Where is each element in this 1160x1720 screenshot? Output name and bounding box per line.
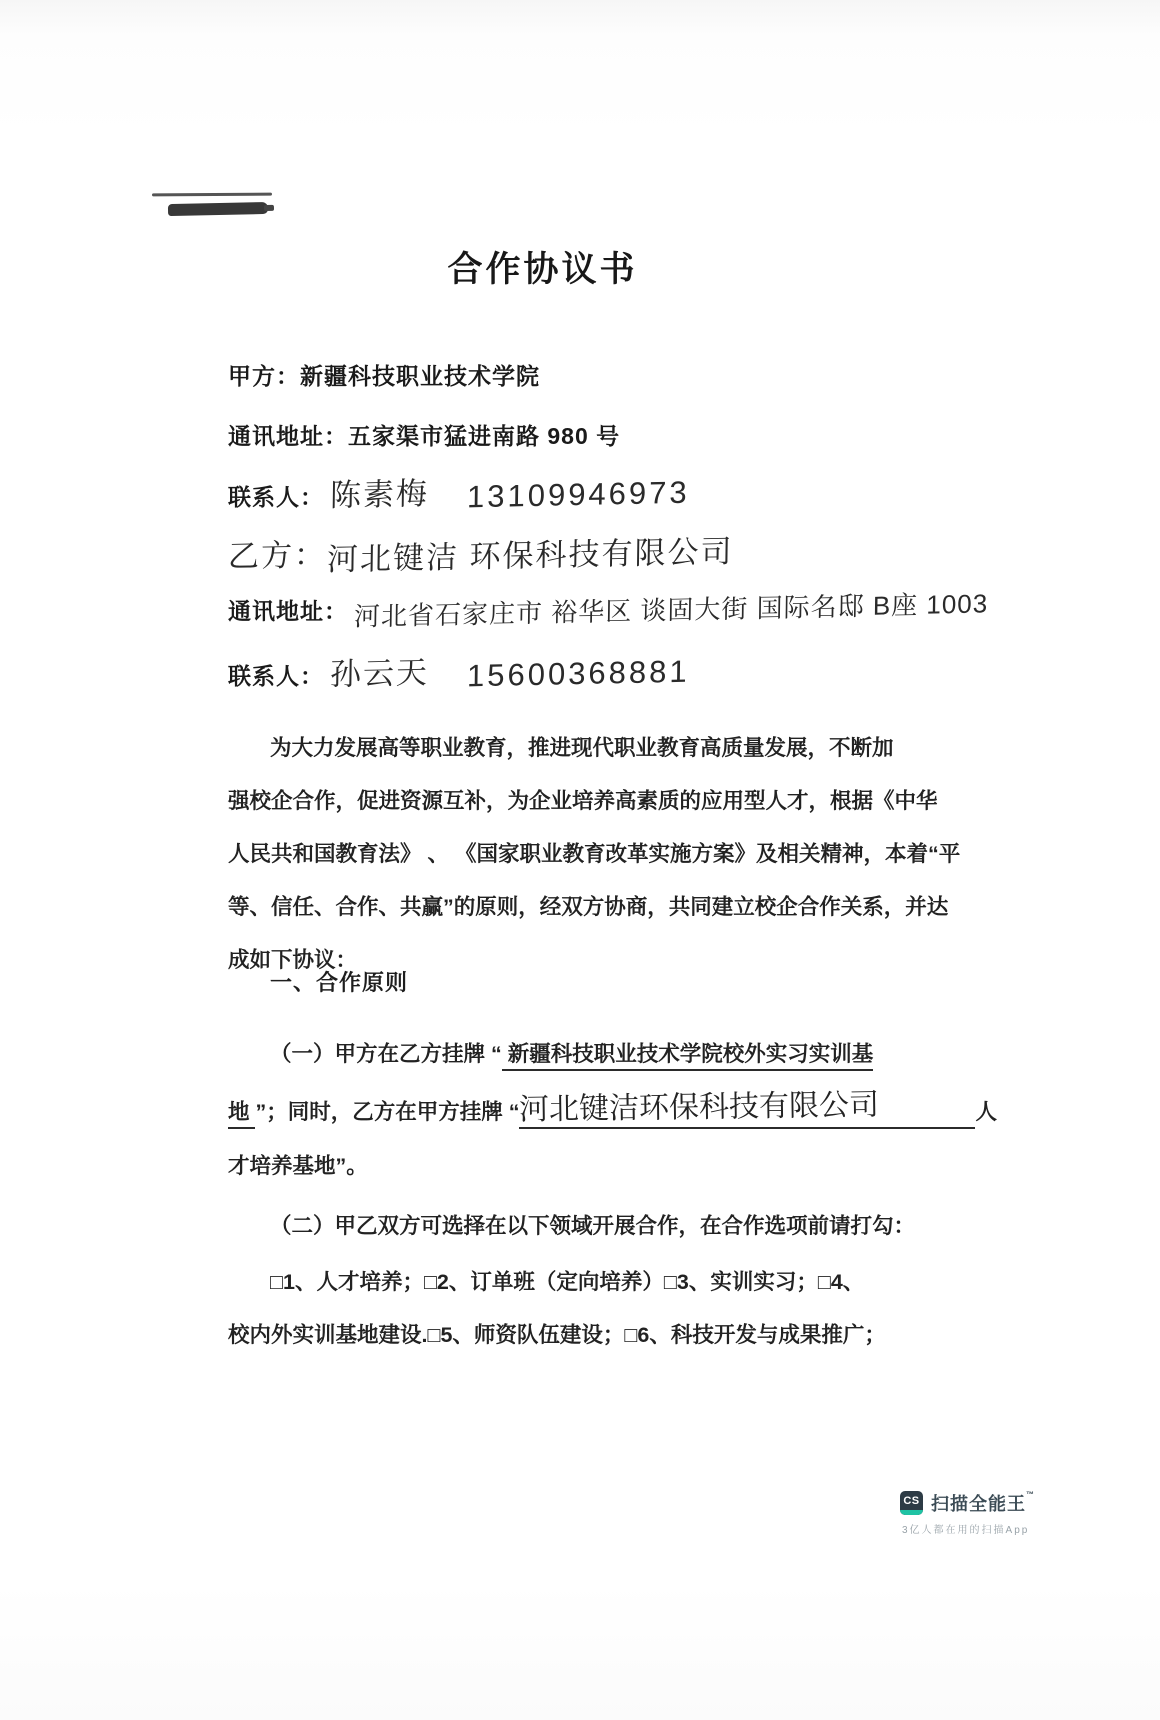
camscanner-logo-letters: CS [903,1495,919,1507]
clause-1-suffix: 人 [975,1100,997,1124]
contact-b-name-handwritten: 孙云天 [330,647,430,694]
clause-1-line-1: （一）甲方在乙方挂牌 “ 新疆科技职业技术学院校外实习实训基 [228,1026,940,1082]
party-b-value-handwritten: 河北键洁 环保科技有限公司 [327,526,734,580]
cooperation-options-block: □1、人才培养；□2、订单班（定向培养）□3、实训实习；□4、 校内外实训基地建… [228,1256,940,1362]
intro-line: 等、信任、合作、共赢”的原则，经双方协商，共同建立校企合作关系，并达 [228,881,940,934]
party-a-label: 甲方： [228,363,300,389]
scanned-document-page: 合作协议书 甲方：新疆科技职业技术学院 通讯地址：五家渠市猛进南路 980 号 … [0,0,1160,1720]
party-b-label-handwritten: 乙方： [228,529,328,576]
camscanner-watermark-row: CS 扫描全能王™ [900,1490,1080,1516]
watermark-app-name-text: 扫描全能王 [931,1494,1026,1514]
underlined-company-blank: 河北键洁环保科技有限公司 [519,1100,975,1129]
camscanner-watermark: CS 扫描全能王™ 3亿人都在用的扫描App [900,1490,1080,1536]
watermark-tagline: 3亿人都在用的扫描App [902,1521,1080,1536]
contact-a-phone-handwritten: 13109946973 [467,475,690,516]
intro-line: 人民共和国教育法》 、 《国家职业教育改革实施方案》及相关精神，本着“平 [228,828,940,881]
watermark-trademark: ™ [1026,1490,1035,1499]
contact-b-row: 联系人：孙云天15600368881 [228,648,988,693]
intro-paragraph: 为大力发展高等职业教育，推进现代职业教育高质量发展，不断加 强校企合作，促进资源… [228,722,940,987]
party-a-row: 甲方：新疆科技职业技术学院 [228,358,988,391]
clause-2-line: （二）甲乙双方可选择在以下领域开展合作，在合作选项前请打勾： [228,1198,940,1254]
section-heading-cooperation-principles: 一、合作原则 [228,966,408,997]
options-line-2: 校内外实训基地建设.□5、师资队伍建设；□6、科技开发与成果推广； [228,1309,940,1362]
clause-2-paragraph: （二）甲乙双方可选择在以下领域开展合作，在合作选项前请打勾： [228,1198,940,1254]
clause-1-mid: ”；同时，乙方在甲方挂牌 “ [255,1100,519,1124]
clause-1-paragraph: （一）甲方在乙方挂牌 “ 新疆科技职业技术学院校外实习实训基 地 ”；同时，乙方… [228,1026,940,1194]
address-a-label: 通讯地址： [228,423,348,449]
intro-line: 强校企合作，促进资源互补，为企业培养高素质的应用型人才，根据《中华 [228,775,940,828]
clause-1-line-3: 才培养基地”。 [228,1138,940,1194]
document-title: 合作协议书 [0,242,1085,292]
watermark-app-name: 扫描全能王™ [931,1490,1035,1516]
address-a-value: 五家渠市猛进南路 980 号 [348,423,620,449]
address-b-label: 通讯地址： [228,598,348,624]
party-b-row: 乙方：河北键洁 环保科技有限公司 [228,530,988,578]
address-b-row: 通讯地址：河北省石家庄市 裕华区 谈固大街 国际名邸 B座 1003 [228,590,988,638]
scan-artifact-smudge [168,202,268,216]
company-name-handwritten: 河北键洁环保科技有限公司 [519,1077,880,1138]
address-a-row: 通讯地址：五家渠市猛进南路 980 号 [228,418,988,451]
contact-a-row: 联系人：陈素梅13109946973 [228,469,988,519]
contact-b-phone-handwritten: 15600368881 [467,654,690,695]
scan-artifact-line [152,193,272,197]
options-line-1: □1、人才培养；□2、订单班（定向培养）□3、实训实习；□4、 [228,1256,940,1309]
address-b-value-handwritten: 河北省石家庄市 裕华区 谈固大街 国际名邸 B座 1003 [354,583,989,633]
camscanner-logo-icon: CS [900,1491,923,1515]
clause-1-prefix: （一）甲方在乙方挂牌 “ [270,1042,502,1066]
clause-1-line-2: 地 ”；同时，乙方在甲方挂牌 “河北键洁环保科技有限公司人 [228,1082,940,1138]
party-a-value: 新疆科技职业技术学院 [300,363,540,389]
contact-a-name-handwritten: 陈素梅 [330,468,430,515]
parties-info-block: 甲方：新疆科技职业技术学院 通讯地址：五家渠市猛进南路 980 号 联系人：陈素… [228,358,988,693]
contact-b-label: 联系人： [228,663,324,689]
intro-line: 为大力发展高等职业教育，推进现代职业教育高质量发展，不断加 [228,722,940,775]
contact-a-label: 联系人： [228,484,324,510]
underlined-school-name: 新疆科技职业技术学院校外实习实训基 [502,1042,873,1071]
underlined-wrap-char: 地 [228,1100,255,1129]
